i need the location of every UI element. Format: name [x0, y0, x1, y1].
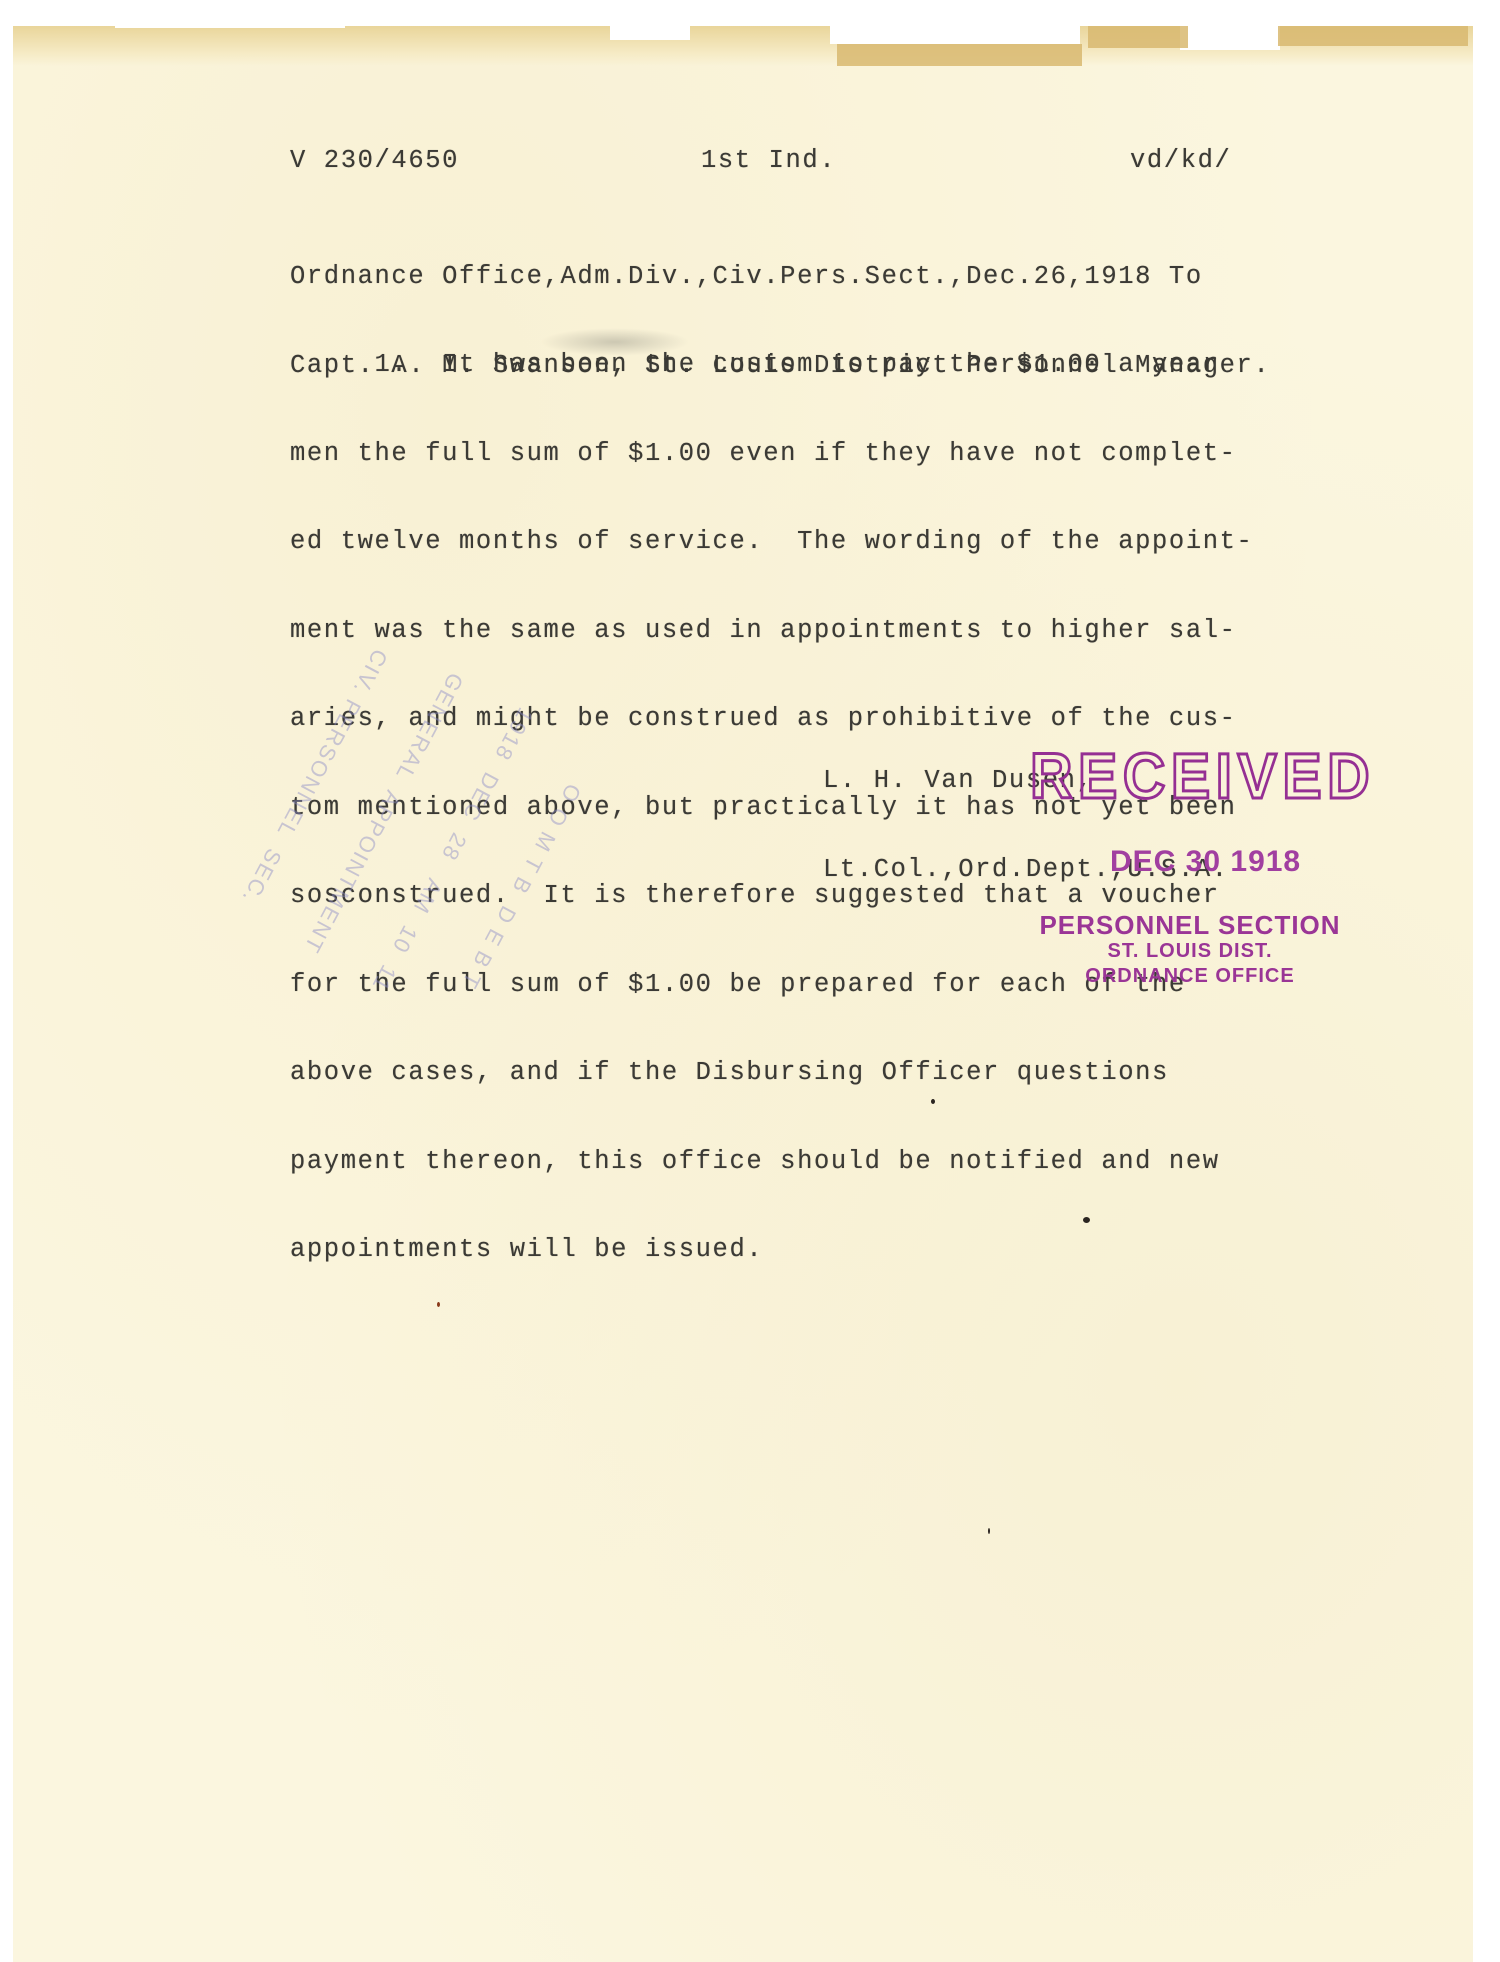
paper-stain	[1088, 26, 1188, 48]
body-line: above cases, and if the Disbursing Offic…	[290, 1058, 1253, 1088]
typist-initials: vd/kd/	[1130, 146, 1231, 176]
paper-stain	[1278, 26, 1468, 46]
paper-speck	[988, 1528, 990, 1534]
body-line: payment thereon, this office should be n…	[290, 1147, 1253, 1177]
received-stamp-district: ST. LOUIS DIST.	[1020, 940, 1360, 963]
faint-stamp-line: GENERAL APPOINTMENT	[297, 666, 470, 961]
received-stamp-date: DEC 30 1918	[1110, 845, 1301, 879]
body-line: 1. It has been the custom to pay the $1.…	[290, 350, 1253, 380]
body-line: ed twelve months of service. The wording…	[290, 527, 1253, 557]
paper-stain	[837, 44, 1082, 66]
received-stamp-word: RECEIVED	[1030, 744, 1375, 808]
body-line: men the full sum of $1.00 even if they h…	[290, 439, 1253, 469]
received-stamp-office: ORDNANCE OFFICE	[1020, 965, 1360, 988]
torn-edge	[830, 20, 1080, 44]
body-line: ment was the same as used in appointment…	[290, 616, 1253, 646]
torn-edge	[115, 20, 345, 28]
paper-speck	[1083, 1217, 1090, 1223]
paper-speck	[931, 1099, 935, 1104]
received-stamp-section: PERSONNEL SECTION	[1020, 910, 1360, 941]
body-line: appointments will be issued.	[290, 1235, 1253, 1265]
torn-edge	[1180, 20, 1280, 50]
torn-edge	[610, 20, 690, 40]
file-reference: V 230/4650	[290, 146, 459, 176]
faint-stamp-line: 1918 DEC 28 AM 10 11	[365, 702, 538, 997]
indorsement-label: 1st Ind.	[701, 146, 836, 176]
address-line: Ordnance Office,Adm.Div.,Civ.Pers.Sect.,…	[290, 262, 1270, 292]
paper-speck	[437, 1302, 440, 1307]
